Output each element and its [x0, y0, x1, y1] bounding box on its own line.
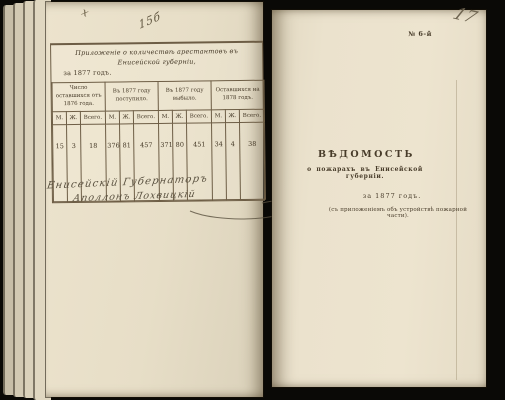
subcolumn-header: Всего. — [239, 109, 264, 122]
table-title-line1: Приложеніе о количествѣ арестантовъ въ Е… — [57, 47, 256, 69]
subcolumn-header: Ж. — [172, 110, 186, 123]
book-scan: x 15б Приложеніе о количествѣ арестантов… — [0, 0, 505, 400]
corner-flourish-handwriting: 15б — [138, 9, 162, 32]
handwritten-page-number: 17 — [449, 4, 480, 27]
subcolumn-header: Всего. — [80, 111, 105, 124]
data-cell: 376 — [106, 124, 121, 201]
subcolumn-header: М. — [52, 112, 66, 125]
document-number: № 6-й — [390, 30, 450, 38]
subcolumn-header: М. — [211, 110, 225, 123]
report-note-line: (съ приложеніемъ объ устройствѣ пожарной… — [318, 207, 478, 219]
data-cell: 81 — [120, 124, 135, 201]
data-cell: 34 — [212, 123, 227, 200]
subcolumn-header: Ж. — [225, 110, 239, 123]
column-group-header: Оставшихся на 1878 годъ. — [211, 80, 264, 110]
underpage-edge-line — [456, 80, 457, 380]
pencil-mark: x — [80, 5, 91, 19]
data-cell: 38 — [240, 122, 266, 199]
data-cell: 4 — [226, 123, 241, 200]
subcolumn-header: Ж. — [119, 111, 133, 124]
subcolumn-header: Ж. — [66, 112, 80, 125]
left-page: x 15б Приложеніе о количествѣ арестантов… — [46, 2, 263, 397]
report-title: ВѢДОМОСТЬ — [318, 149, 412, 160]
table-title-line2: за 1877 годъ. — [57, 66, 256, 78]
subcolumn-header: М. — [105, 111, 119, 124]
column-group-header: Въ 1877 году выбыло. — [158, 81, 211, 111]
table-title: Приложеніе о количествѣ арестантовъ въ Е… — [51, 43, 262, 82]
report-year-line: за 1877 годъ. — [342, 192, 442, 200]
report-subtitle: о пожарахъ въ Енисейской губерніи. — [290, 166, 440, 180]
column-group-header: Въ 1877 году поступи­ло. — [105, 82, 158, 112]
right-page: 17 № 6-й ВѢДОМОСТЬ о пожарахъ въ Енисейс… — [272, 10, 486, 387]
subcolumn-header: Всего. — [133, 111, 158, 124]
data-cell: 18 — [81, 124, 107, 201]
subcolumn-header: М. — [158, 110, 172, 123]
column-group-header: Число оставшихся отъ 1876 года. — [52, 82, 105, 112]
subcolumn-header: Всего. — [186, 110, 211, 123]
